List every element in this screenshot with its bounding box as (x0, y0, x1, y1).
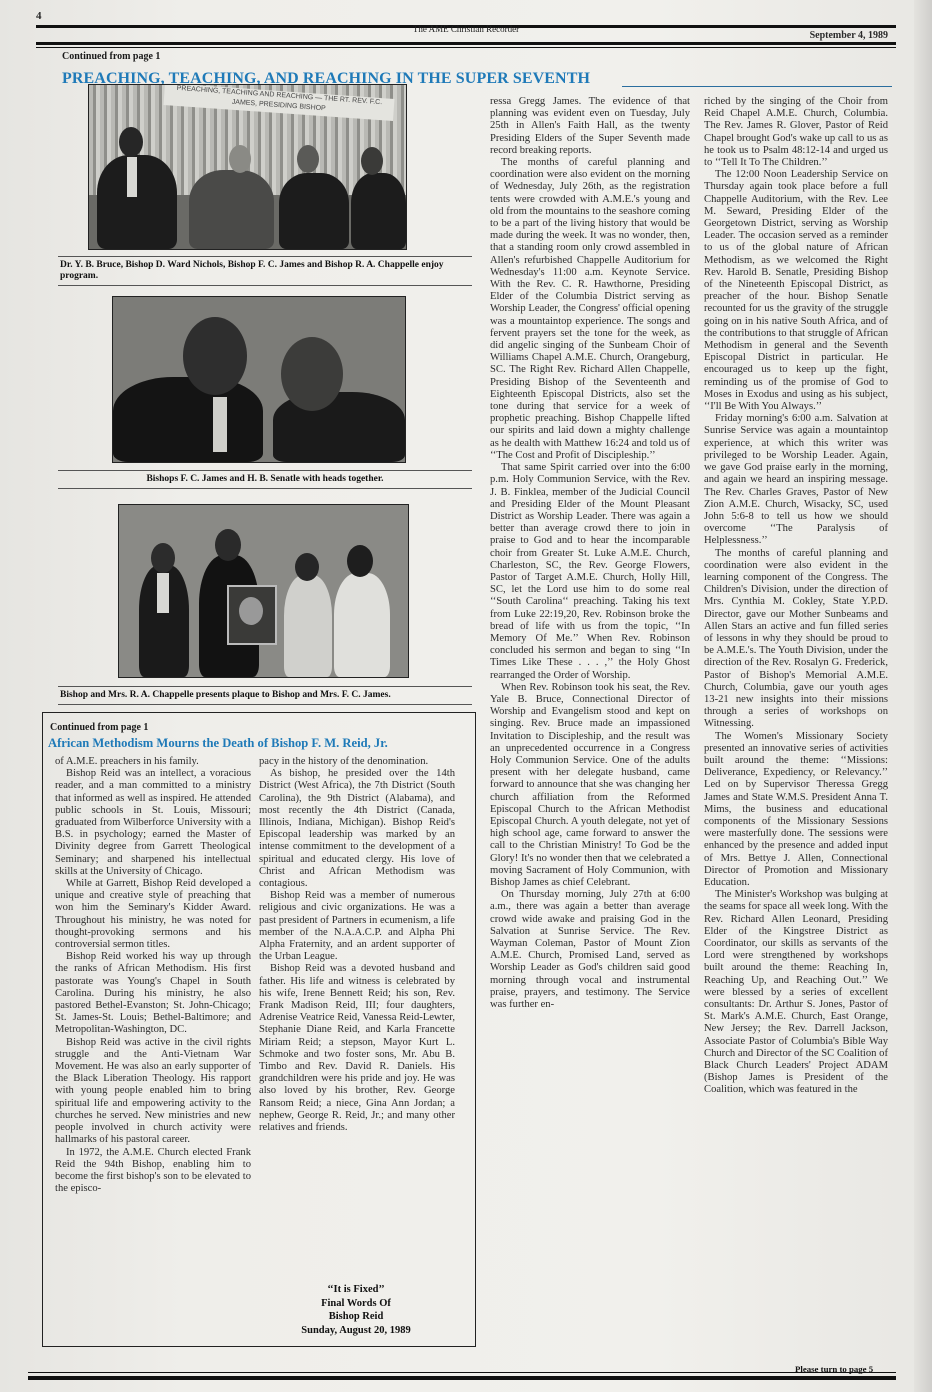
page-fold-shadow (914, 0, 932, 1392)
paragraph: The 12:00 Noon Leadership Service on Thu… (704, 169, 888, 413)
masthead-rule-thin (36, 47, 896, 48)
person-head (361, 147, 383, 175)
newspaper-page: 4 The AME Christian Recorder September 4… (0, 0, 932, 1392)
person-figure (279, 173, 349, 249)
final-words-line: Bishop Reid (256, 1310, 456, 1324)
paragraph: Bishop Reid worked his way up through th… (55, 951, 251, 1036)
photo-caption-2: Bishops F. C. James and H. B. Senatle wi… (58, 470, 472, 489)
person-figure (189, 170, 274, 249)
final-words-quote: ‘‘It is Fixed’’ (256, 1283, 456, 1297)
paragraph: The months of careful planning and coord… (704, 548, 888, 731)
paragraph: The Women's Missionary Society presented… (704, 731, 888, 890)
paragraph: When Rev. Robinson took his seat, the Re… (490, 682, 690, 889)
photo-plaque-presentation (118, 504, 409, 678)
shirt (213, 397, 227, 452)
page-number: 4 (36, 10, 42, 22)
paragraph: ressa Gregg James. The evidence of that … (490, 96, 690, 157)
paragraph: While at Garrett, Bishop Reid developed … (55, 878, 251, 951)
paragraph: pacy in the history of the denomination. (259, 756, 455, 768)
paragraph: In 1972, the A.M.E. Church elected Frank… (55, 1147, 251, 1196)
masthead-rule-bottom (36, 42, 896, 45)
paragraph: Bishop Reid was an intellect, a voraciou… (55, 768, 251, 878)
paragraph: The Minister's Workshop was bulging at t… (704, 889, 888, 1096)
person-head (151, 543, 175, 573)
person-head (295, 553, 319, 581)
photo-heads-together (112, 296, 406, 463)
final-words-line: Final Words Of (256, 1297, 456, 1311)
obituary-column-1: of A.M.E. preachers in his family. Bisho… (55, 756, 251, 1195)
person-head (347, 545, 373, 577)
shirt (157, 573, 169, 613)
paragraph: The months of careful planning and coord… (490, 157, 690, 462)
issue-date: September 4, 1989 (810, 30, 888, 41)
person-figure (351, 173, 406, 249)
paragraph: Bishop Reid was a member of numerous rel… (259, 890, 455, 963)
paragraph: Bishop Reid was a devoted husband and fa… (259, 963, 455, 1134)
person-figure (113, 377, 263, 462)
paragraph: As bishop, he presided over the 14th Dis… (259, 768, 455, 890)
paragraph: of A.M.E. preachers in his family. (55, 756, 251, 768)
paragraph: That same Spirit carried over into the 6… (490, 462, 690, 682)
final-words-block: ‘‘It is Fixed’’ Final Words Of Bishop Re… (256, 1283, 456, 1337)
photo-caption-1: Dr. Y. B. Bruce, Bishop D. Ward Nichols,… (58, 256, 472, 286)
final-words-date: Sunday, August 20, 1989 (256, 1324, 456, 1338)
person-figure (97, 155, 177, 249)
main-article-column-2: ressa Gregg James. The evidence of that … (490, 96, 690, 1011)
obituary-kicker: Continued from page 1 (50, 722, 148, 733)
paragraph: Bishop Reid was active in the civil righ… (55, 1037, 251, 1147)
person-head (229, 145, 251, 173)
paragraph: On Thursday morning, July 27th at 6:00 a… (490, 889, 690, 1011)
person-head (119, 127, 143, 157)
person-figure (334, 573, 390, 677)
plaque (227, 585, 277, 645)
main-article-column-3: riched by the singing of the Choir from … (704, 96, 888, 1097)
person-head (183, 317, 247, 395)
person-head (297, 145, 319, 173)
person-head (215, 529, 241, 561)
shirt (127, 157, 137, 197)
footer-rule-thin (28, 1372, 896, 1373)
main-kicker: Continued from page 1 (62, 51, 160, 62)
photo-caption-3: Bishop and Mrs. R. A. Chappelle presents… (58, 686, 472, 705)
footer-rule-thick (28, 1376, 896, 1380)
headline-rule (622, 86, 892, 87)
obituary-column-2: pacy in the history of the denomination.… (259, 756, 455, 1134)
person-head (281, 337, 343, 411)
person-figure (284, 575, 332, 677)
publication-name: The AME Christian Recorder (0, 24, 932, 34)
africa-map-icon (239, 597, 263, 625)
photo-bishops-seated: PREACHING, TEACHING AND REACHING — THE R… (88, 84, 407, 250)
paragraph: riched by the singing of the Choir from … (704, 96, 888, 169)
paragraph: Friday morning's 6:00 a.m. Salvation at … (704, 413, 888, 547)
obituary-headline: African Methodism Mourns the Death of Bi… (48, 736, 388, 751)
